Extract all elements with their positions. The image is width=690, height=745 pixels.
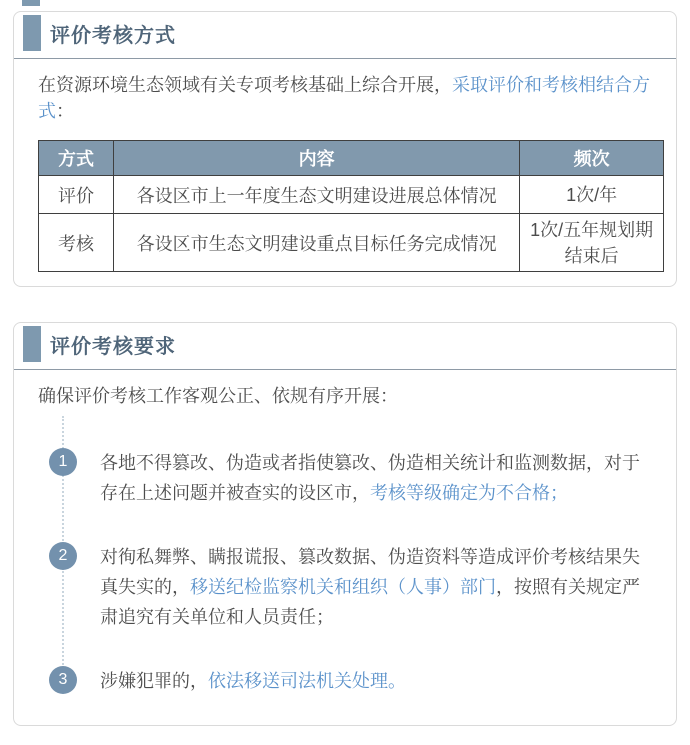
- table-cell: 各设区市上一年度生态文明建设进展总体情况: [114, 176, 520, 214]
- text-segment: 确保评价考核工作客观公正、依规有序开展：: [38, 386, 398, 406]
- table-header-row: 方式内容频次: [39, 141, 664, 176]
- table-header-cell: 内容: [114, 141, 520, 176]
- card-body: 在资源环境生态领域有关专项考核基础上综合开展，采取评价和考核相结合方式：: [14, 59, 676, 124]
- card-title: 评价考核方式: [50, 19, 176, 48]
- card-body: 确保评价考核工作客观公正、依规有序开展： 1各地不得篡改、伪造或者指使篡改、伪造…: [14, 370, 676, 696]
- text-segment: 在资源环境生态领域有关专项考核基础上综合开展，: [38, 75, 452, 95]
- table-row: 评价各设区市上一年度生态文明建设进展总体情况1次/年: [39, 176, 664, 214]
- step-number-badge: 2: [49, 542, 77, 570]
- requirement-text: 对徇私舞弊、瞒报谎报、篡改数据、伪造资料等造成评价考核结果失真失实的，移送纪检监…: [100, 542, 652, 632]
- text-segment: ：: [56, 101, 74, 121]
- highlight-text: 移送纪检监察机关和组织（人事）部门: [190, 577, 496, 597]
- table-wrap: 方式内容频次 评价各设区市上一年度生态文明建设进展总体情况1次/年考核各设区市生…: [14, 124, 676, 272]
- table-cell: 1次/年: [520, 176, 664, 214]
- card-assessment-method: 评价考核方式 在资源环境生态领域有关专项考核基础上综合开展，采取评价和考核相结合…: [13, 11, 677, 287]
- card-header: 评价考核方式: [14, 12, 676, 51]
- table-header-cell: 频次: [520, 141, 664, 176]
- table-cell: 评价: [39, 176, 114, 214]
- step-number-badge: 1: [49, 448, 77, 476]
- requirement-item: 2对徇私舞弊、瞒报谎报、篡改数据、伪造资料等造成评价考核结果失真失实的，移送纪检…: [38, 542, 652, 632]
- table-cell: 1次/五年规划期结束后: [520, 214, 664, 272]
- step-number-badge: 3: [49, 666, 77, 694]
- card-assessment-requirements: 评价考核要求 确保评价考核工作客观公正、依规有序开展： 1各地不得篡改、伪造或者…: [13, 322, 677, 726]
- requirement-text: 涉嫌犯罪的，依法移送司法机关处理。: [100, 666, 652, 696]
- page: 评价考核方式 在资源环境生态领域有关专项考核基础上综合开展，采取评价和考核相结合…: [0, 0, 690, 745]
- card-title: 评价考核要求: [50, 330, 176, 359]
- requirement-item: 1各地不得篡改、伪造或者指使篡改、伪造相关统计和监测数据，对于存在上述问题并被查…: [38, 448, 652, 508]
- requirement-item: 3涉嫌犯罪的，依法移送司法机关处理。: [38, 666, 652, 696]
- requirement-text: 各地不得篡改、伪造或者指使篡改、伪造相关统计和监测数据，对于存在上述问题并被查实…: [100, 448, 652, 508]
- title-accent-bar: [23, 326, 41, 362]
- table-cell: 考核: [39, 214, 114, 272]
- highlight-text: 依法移送司法机关处理。: [208, 671, 406, 691]
- previous-section-bar-fragment: [22, 0, 40, 6]
- intro-text: 在资源环境生态领域有关专项考核基础上综合开展，采取评价和考核相结合方式：: [38, 72, 652, 124]
- intro-text: 确保评价考核工作客观公正、依规有序开展：: [38, 383, 652, 409]
- table-cell: 各设区市生态文明建设重点目标任务完成情况: [114, 214, 520, 272]
- title-accent-bar: [23, 15, 41, 51]
- text-segment: 涉嫌犯罪的，: [100, 671, 208, 691]
- table-row: 考核各设区市生态文明建设重点目标任务完成情况1次/五年规划期结束后: [39, 214, 664, 272]
- assessment-table: 方式内容频次 评价各设区市上一年度生态文明建设进展总体情况1次/年考核各设区市生…: [38, 140, 664, 272]
- card-header: 评价考核要求: [14, 323, 676, 362]
- table-header-cell: 方式: [39, 141, 114, 176]
- highlight-text: 考核等级确定为不合格；: [370, 483, 568, 503]
- requirements-timeline: 1各地不得篡改、伪造或者指使篡改、伪造相关统计和监测数据，对于存在上述问题并被查…: [38, 448, 652, 696]
